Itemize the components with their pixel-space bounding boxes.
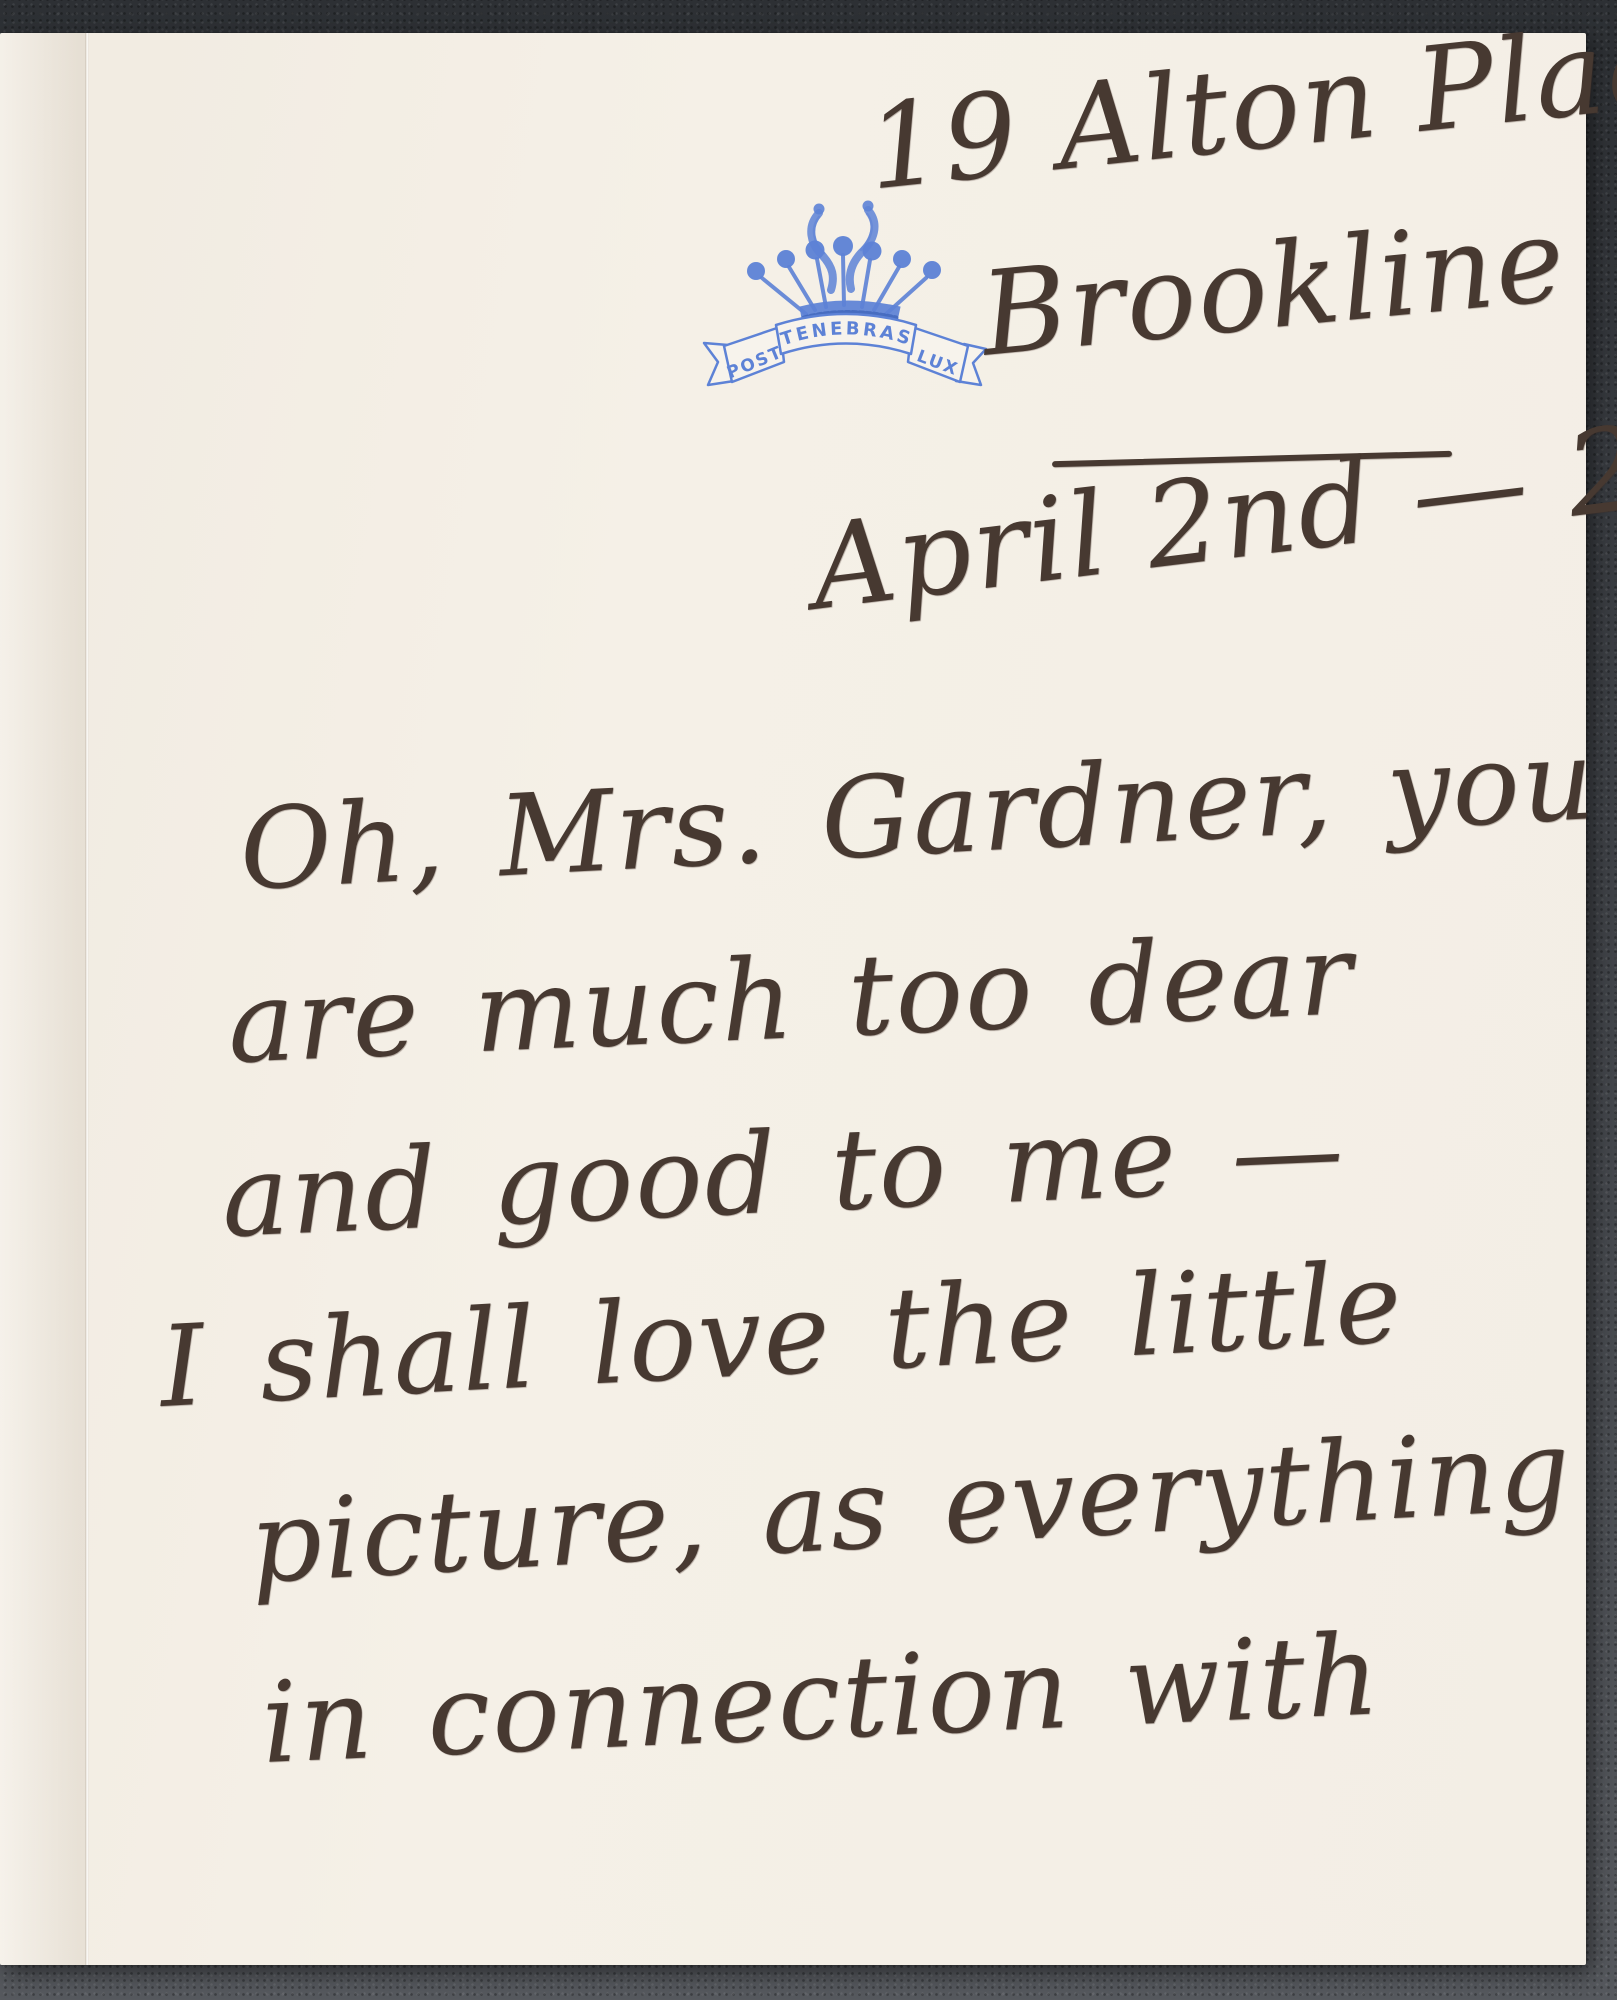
fold-crease-line bbox=[85, 33, 89, 1965]
motto-text: POST TENEBRAS LUX bbox=[724, 318, 961, 383]
photo-background: POST TENEBRAS LUX 19 Alton Place Brookli… bbox=[0, 0, 1617, 2000]
family-crest: POST TENEBRAS LUX bbox=[688, 193, 988, 408]
fold-panel bbox=[0, 33, 86, 1965]
